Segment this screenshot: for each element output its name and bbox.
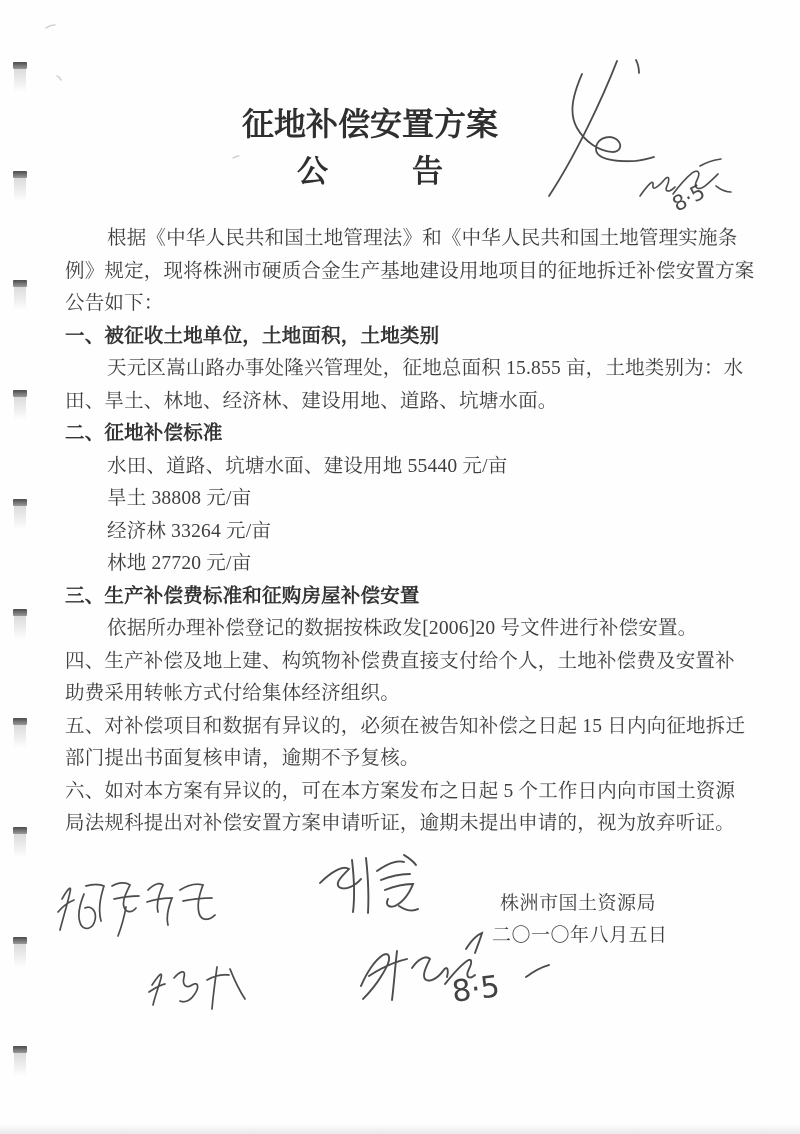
body-line: 四、生产补偿及地上建、构筑物补偿费直接支付给个人，土地补偿费及安置补 [65,645,735,673]
body-line: 五、对补偿项目和数据有异议的，必须在被告知补偿之日起 15 日内向征地拆迁 [65,710,745,738]
binding-mark [13,390,27,420]
body-line: 天元区嵩山路办事处隆兴管理处，征地总面积 15.855 亩，土地类别为：水 [107,352,743,380]
binding-mark [13,827,27,857]
binding-mark [13,62,27,92]
subtitle-char-right: 告 [412,146,443,191]
middle-signature-handwriting [320,855,418,913]
document-subtitle: 公 告 [0,146,740,191]
document-title: 征地补偿安置方案 [0,99,740,145]
scanned-document-page: 征地补偿安置方案 公 告 根据《中华人民共和国土地管理法》和《中华人民共和国土地… [0,0,800,1134]
body-line: 依据所办理补偿登记的数据按株政发[2006]20 号文件进行补偿安置。 [107,612,697,640]
subtitle-char-left: 公 [297,146,328,191]
body-line: 六、如对本方案有异议的，可在本方案发布之日起 5 个工作日内向市国土资源 [65,775,735,803]
issue-date: 二〇一〇年八月五日 [492,920,668,947]
review-note-handwriting [58,883,215,936]
binding-mark [13,280,27,310]
binding-mark [13,1046,27,1076]
section-heading: 三、生产补偿费标准和征购房屋补偿安置 [65,580,420,608]
handwritten-date-bottom: 8·5 [450,969,502,1010]
section-heading: 一、被征收土地单位，土地面积，土地类别 [65,320,439,348]
binding-mark [13,937,27,967]
body-line: 局法规科提出对补偿安置方案申请听证，逾期未提出申请的，视为放弃听证。 [65,807,735,835]
body-line: 助费采用转帐方式付给集体经济组织。 [65,677,400,705]
body-line: 例》规定，现将株洲市硬质合金生产基地建设用地项目的征地拆迁补偿安置方案 [65,255,755,283]
body-line: 水田、道路、坑塘水面、建设用地 55440 元/亩 [107,450,507,478]
review-note-2-handwriting [149,967,245,1009]
binding-mark [13,499,27,529]
body-line: 经济林 33264 元/亩 [107,515,271,543]
body-line: 旱土 38808 元/亩 [107,482,251,510]
body-line: 部门提出书面复核申请，逾期不予复核。 [65,742,420,770]
issuing-agency: 株洲市国土资源局 [500,888,656,915]
body-line: 根据《中华人民共和国土地管理法》和《中华人民共和国土地管理实施条 [107,222,737,250]
section-heading: 二、征地补偿标准 [65,417,223,445]
binding-mark [13,718,27,748]
body-line: 公告如下： [65,287,164,315]
scan-edge-shadow [0,1124,800,1134]
body-line: 田、旱土、林地、经济林、建设用地、道路、坑塘水面。 [65,385,558,413]
body-line: 林地 27720 元/亩 [107,547,251,575]
binding-mark [13,609,27,639]
